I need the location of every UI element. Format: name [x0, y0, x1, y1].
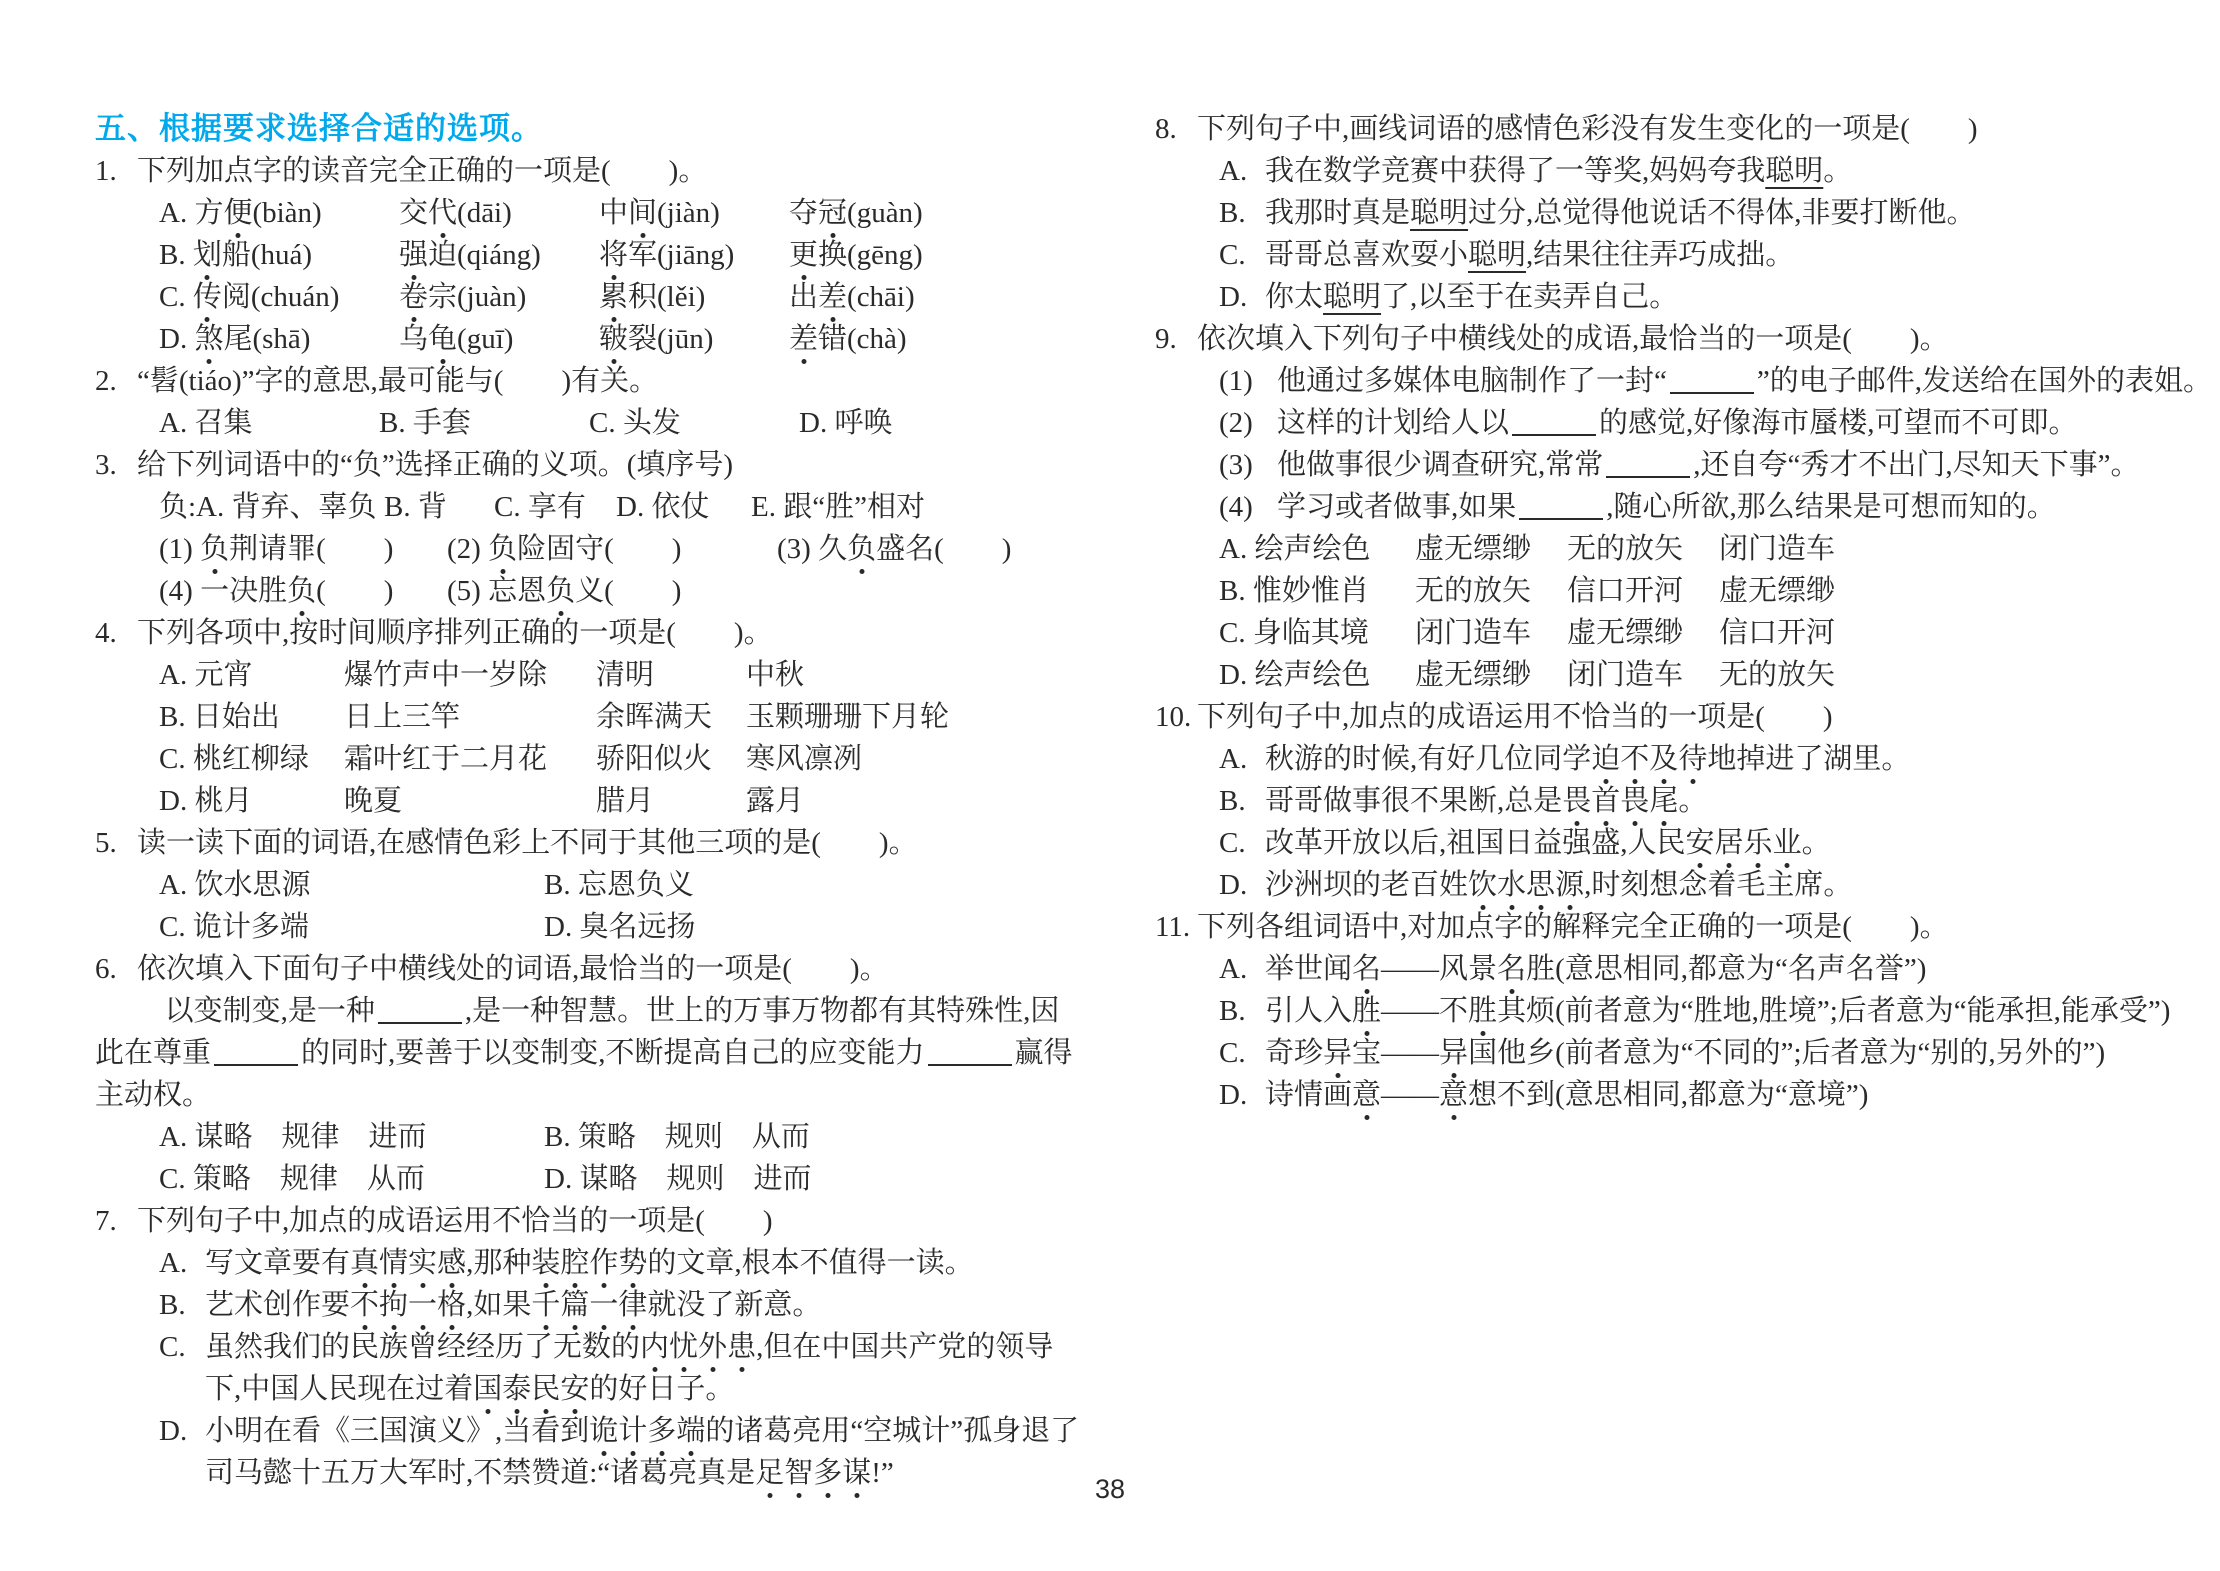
question-9: 9.依次填入下列句子中横线处的成语,最恰当的一项是( )。(1)他通过多媒体电脑… [1155, 318, 2145, 696]
option-label: C. [159, 1326, 205, 1410]
question-body: A.我在数学竞赛中获得了一等奖,妈妈夸我聪明。B.我那时真是聪明过分,总觉得他说… [1219, 150, 2145, 318]
option-items: A.写文章要有真情实感,那种装腔作势的文章,根本不值得一读。B.艺术创作要不拘一… [159, 1242, 1085, 1494]
option-cell: 日上三竿 [344, 696, 596, 738]
options-grid: (1) 负荆请罪( )(2) 负险固守( )(3) 久负盛名( )(4) 一决胜… [159, 528, 1085, 612]
question-body: A. 方便(biàn)交代(dāi)中间(jiàn)夺冠(guàn)B. 划船(… [159, 192, 1085, 360]
option-cell: 清明 [596, 654, 746, 696]
option-label: (1) [1219, 360, 1277, 402]
question-body: A. 元宵爆竹声中一岁除清明中秋B. 日始出日上三竿余晖满天玉颗珊珊下月轮C. … [159, 654, 1085, 822]
option-cell: D. 臭名远扬 [544, 906, 1085, 948]
dotted-char: 内 [640, 1331, 669, 1363]
option-cell: D. 呼唤 [799, 402, 1085, 444]
question-body: A.写文章要有真情实感,那种装腔作势的文章,根本不值得一读。B.艺术创作要不拘一… [159, 1242, 1085, 1494]
dotted-char: 居 [1715, 827, 1744, 859]
question-body: A. 召集B. 手套C. 头发D. 呼唤 [159, 402, 1085, 444]
dotted-char: 忧 [669, 1331, 698, 1363]
options-grid: A. 元宵爆竹声中一岁除清明中秋B. 日始出日上三竿余晖满天玉颗珊珊下月轮C. … [159, 654, 1085, 822]
dotted-char: 作 [589, 1247, 618, 1279]
question-stem: 依次填入下面句子中横线处的词语,最恰当的一项是( )。 [137, 948, 1085, 990]
option-text: 哥哥总喜欢耍小聪明,结果往往弄巧成拙。 [1265, 234, 2145, 276]
question-number: 3. [95, 444, 137, 486]
question-stem: 下列句子中,画线词语的感情色彩没有发生变化的一项是( ) [1197, 108, 2145, 150]
option-item: A.写文章要有真情实感,那种装腔作势的文章,根本不值得一读。 [159, 1242, 1085, 1284]
option-cell: B. 策略 规则 从而 [544, 1116, 1085, 1158]
option-cell: 信口开河 [1719, 612, 2145, 654]
question-stem-row: 3.给下列词语中的“负”选择正确的义项。(填序号) [95, 444, 1085, 486]
option-cell: A. 饮水思源 [159, 864, 544, 906]
question-stem: 下列句子中,加点的成语运用不恰当的一项是( ) [1197, 696, 2145, 738]
dotted-char: 煞 [194, 323, 223, 355]
dotted-char: 龟 [428, 323, 457, 355]
dotted-char: 乐 [1744, 827, 1773, 859]
options-grid: A. 谋略 规律 进而B. 策略 规则 从而C. 策略 规律 从而D. 谋略 规… [159, 1116, 1085, 1200]
option-item: A.我在数学竞赛中获得了一等奖,妈妈夸我聪明。 [1219, 150, 2145, 192]
dotted-char: 畏 [1562, 785, 1591, 817]
dotted-char: 感 [437, 1247, 466, 1279]
question-body: 负:A. 背弃、辜负B. 背C. 享有D. 依仗E. 跟“胜”相对(1) 负荆请… [159, 486, 1085, 612]
dotted-char: 强 [399, 239, 428, 271]
option-cell: 虚无缥缈 [1415, 528, 1567, 570]
option-text: 我在数学竞赛中获得了一等奖,妈妈夸我聪明。 [1265, 150, 2145, 192]
fill-in-blank [1512, 434, 1596, 436]
two-column-layout: 五、根据要求选择合适的选项。 1.下列加点字的读音完全正确的一项是( )。A. … [95, 108, 2145, 1494]
dotted-char: 将 [599, 239, 628, 271]
option-cell: 虚无缥缈 [1719, 570, 2145, 612]
option-cell: E. 跟“胜”相对 [751, 486, 1085, 528]
option-label: (4) [1219, 486, 1277, 528]
option-cell: 虚无缥缈 [1567, 612, 1719, 654]
option-cell: B. 忘恩负义 [544, 864, 1085, 906]
option-label: D. [1219, 276, 1265, 318]
dotted-char: 格 [437, 1289, 466, 1321]
question-body: A. 饮水思源B. 忘恩负义C. 诡计多端D. 臭名远扬 [159, 864, 1085, 948]
option-text: 他通过多媒体电脑制作了一封“”的电子邮件,发送给在国外的表姐。 [1277, 360, 2212, 402]
option-cell: 无的放矢 [1415, 570, 1567, 612]
option-cell: 闭门造车 [1567, 654, 1719, 696]
dotted-char: 差 [818, 281, 847, 313]
fill-in-blank [928, 1064, 1012, 1066]
dotted-char: 名 [1352, 953, 1381, 985]
option-text: 你太聪明了,以至于在卖弄自己。 [1265, 276, 2145, 318]
question-7: 7.下列句子中,加点的成语运用不恰当的一项是( )A.写文章要有真情实感,那种装… [95, 1200, 1085, 1494]
option-text: 学习或者做事,如果,随心所欲,那么结果是可想而知的。 [1277, 486, 2145, 528]
option-item: C.虽然我们的民族曾经经历了无数的内忧外患,但在中国共产党的领导下,中国人民现在… [159, 1326, 1085, 1410]
option-text: 我那时真是聪明过分,总觉得他说话不得体,非要打断他。 [1265, 192, 2145, 234]
dotted-char: 情 [379, 1247, 408, 1279]
question-stem-row: 7.下列句子中,加点的成语运用不恰当的一项是( ) [95, 1200, 1085, 1242]
question-number: 1. [95, 150, 137, 192]
dotted-char: 一 [589, 1289, 618, 1321]
option-label: A. [1219, 150, 1265, 192]
option-item: A.秋游的时候,有好几位同学迫不及待地掉进了湖里。 [1219, 738, 2145, 780]
options-grid: A. 饮水思源B. 忘恩负义C. 诡计多端D. 臭名远扬 [159, 864, 1085, 948]
option-cell: 晚夏 [344, 780, 596, 822]
option-cell: B. 惟妙惟肖 [1219, 570, 1415, 612]
options-grid: A. 方便(biàn)交代(dāi)中间(jiàn)夺冠(guàn)B. 划船(… [159, 192, 1085, 360]
option-cell: C. 头发 [589, 402, 799, 444]
option-item: (3)他做事很少调查研究,常常,还自夸“秀才不出门,尽知天下事”。 [1219, 444, 2145, 486]
question-stem-row: 6.依次填入下面句子中横线处的词语,最恰当的一项是( )。 [95, 948, 1085, 990]
question-stem-row: 8.下列句子中,画线词语的感情色彩没有发生变化的一项是( ) [1155, 108, 2145, 150]
option-cell: 出差(chāi) [789, 276, 1085, 318]
dotted-char: 冠 [818, 197, 847, 229]
option-label: C. [1219, 234, 1265, 276]
question-stem-row: 4.下列各项中,按时间顺序排列正确的一项是( )。 [95, 612, 1085, 654]
option-cell: (2) 负险固守( ) [447, 528, 777, 570]
option-cell: D. 谋略 规则 进而 [544, 1158, 1085, 1200]
dotted-char: 意 [1439, 1079, 1468, 1111]
dotted-char: 水 [1497, 869, 1526, 901]
option-item: C.哥哥总喜欢耍小聪明,结果往往弄巧成拙。 [1219, 234, 2145, 276]
option-cell: A. 方便(biàn) [159, 192, 399, 234]
underlined-word: 聪明 [1468, 239, 1526, 271]
option-cell: B. 背 [384, 486, 494, 528]
option-cell: D. 绘声绘色 [1219, 654, 1415, 696]
option-cell: 中秋 [746, 654, 1085, 696]
option-item: B.艺术创作要不拘一格,如果千篇一律就没了新意。 [159, 1284, 1085, 1326]
option-items: (1)他通过多媒体电脑制作了一封“”的电子邮件,发送给在国外的表姐。(2)这样的… [1219, 360, 2145, 528]
option-cell: 爆竹声中一岁除 [344, 654, 596, 696]
fill-in-blank [1606, 476, 1690, 478]
question-number: 11. [1155, 906, 1197, 948]
option-cell: C. 身临其境 [1219, 612, 1415, 654]
question-paragraph: 以变制变,是一种,是一种智慧。世上的万事万物都有其特殊性,因此在尊重的同时,要善… [95, 990, 1085, 1116]
dotted-char: 源 [1555, 869, 1584, 901]
option-cell: A. 绘声绘色 [1219, 528, 1415, 570]
dotted-char: 患 [727, 1331, 756, 1363]
dotted-char: 负 [200, 533, 229, 565]
option-cell: B. 划船(huá) [159, 234, 399, 276]
option-item: (4)学习或者做事,如果,随心所欲,那么结果是可想而知的。 [1219, 486, 2145, 528]
question-number: 6. [95, 948, 137, 990]
option-cell: B. 手套 [379, 402, 589, 444]
dotted-char: 势 [618, 1247, 647, 1279]
option-label: A. [159, 1242, 205, 1284]
dotted-char: 泰 [502, 1373, 531, 1405]
option-cell: D. 依仗 [616, 486, 751, 528]
option-item: C.奇珍异宝——异国他乡(前者意为“不同的”;后者意为“别的,另外的”) [1219, 1032, 2145, 1074]
left-column: 五、根据要求选择合适的选项。 1.下列加点字的读音完全正确的一项是( )。A. … [95, 108, 1085, 1494]
option-label: B. [1219, 780, 1265, 822]
option-cell: 露月 [746, 780, 1085, 822]
option-text: 虽然我们的民族曾经经历了无数的内忧外患,但在中国共产党的领导下,中国人民现在过着… [205, 1326, 1085, 1410]
option-cell: 虚无缥缈 [1415, 654, 1567, 696]
question-body: 以变制变,是一种,是一种智慧。世上的万事万物都有其特殊性,因此在尊重的同时,要善… [159, 990, 1085, 1200]
question-stem: 下列句子中,加点的成语运用不恰当的一项是( ) [137, 1200, 1085, 1242]
dotted-char: 真 [350, 1247, 379, 1279]
option-item: (1)他通过多媒体电脑制作了一封“”的电子邮件,发送给在国外的表姐。 [1219, 360, 2145, 402]
question-number: 7. [95, 1200, 137, 1242]
question-3: 3.给下列词语中的“负”选择正确的义项。(填序号)负:A. 背弃、辜负B. 背C… [95, 444, 1085, 612]
option-text: 秋游的时候,有好几位同学迫不及待地掉进了湖里。 [1265, 738, 2145, 780]
fill-in-blank [214, 1064, 298, 1066]
dotted-char: 传 [193, 281, 222, 313]
option-items: A.我在数学竞赛中获得了一等奖,妈妈夸我聪明。B.我那时真是聪明过分,总觉得他说… [1219, 150, 2145, 318]
dotted-char: 首 [1591, 785, 1620, 817]
option-cell [777, 570, 1085, 612]
option-text: 他做事很少调查研究,常常,还自夸“秀才不出门,尽知天下事”。 [1277, 444, 2145, 486]
question-stem: 下列各组词语中,对加点字的解释完全正确的一项是( )。 [1197, 906, 2145, 948]
dotted-char: 业 [1773, 827, 1802, 859]
question-stem: 下列各项中,按时间顺序排列正确的一项是( )。 [137, 612, 1085, 654]
question-stem-row: 1.下列加点字的读音完全正确的一项是( )。 [95, 150, 1085, 192]
option-cell: D. 煞尾(shā) [159, 318, 399, 360]
option-label: A. [1219, 948, 1265, 990]
option-label: A. [1219, 738, 1265, 780]
dotted-char: 腔 [560, 1247, 589, 1279]
option-cell: B. 日始出 [159, 696, 344, 738]
option-label: B. [159, 1284, 205, 1326]
option-cell: C. 享有 [494, 486, 616, 528]
question-5: 5.读一读下面的词语,在感情色彩上不同于其他三项的是( )。A. 饮水思源B. … [95, 822, 1085, 948]
dotted-char: 思 [1526, 869, 1555, 901]
option-cell: 差错(chà) [789, 318, 1085, 360]
option-item: B.我那时真是聪明过分,总觉得他说话不得体,非要打断他。 [1219, 192, 2145, 234]
question-number: 9. [1155, 318, 1197, 360]
dotted-char: 安 [1686, 827, 1715, 859]
option-label: C. [1219, 822, 1265, 864]
dotted-char: 计 [618, 1415, 647, 1447]
option-cell: (4) 一决胜负( ) [159, 570, 447, 612]
dotted-char: 名 [1497, 953, 1526, 985]
option-cell: C. 诡计多端 [159, 906, 544, 948]
question-stem-row: 10.下列句子中,加点的成语运用不恰当的一项是( ) [1155, 696, 2145, 738]
dotted-char: 待 [1678, 743, 1707, 775]
question-number: 8. [1155, 108, 1197, 150]
option-item: A.举世闻名——风景名胜(意思相同,都意为“名声名誉”) [1219, 948, 2145, 990]
option-items: A.举世闻名——风景名胜(意思相同,都意为“名声名誉”)B.引人入胜——不胜其烦… [1219, 948, 2145, 1116]
options-grid: A. 绘声绘色虚无缥缈无的放矢闭门造车B. 惟妙惟肖无的放矢信口开河虚无缥缈C.… [1219, 528, 2145, 696]
right-column: 8.下列句子中,画线词语的感情色彩没有发生变化的一项是( )A.我在数学竞赛中获… [1155, 108, 2145, 1494]
dotted-char: 便 [223, 197, 252, 229]
option-cell: 寒风凛冽 [746, 738, 1085, 780]
option-cell: A. 召集 [159, 402, 379, 444]
option-cell: 强迫(qiáng) [399, 234, 599, 276]
question-stem-row: 9.依次填入下列句子中横线处的成语,最恰当的一项是( )。 [1155, 318, 2145, 360]
dotted-char: 诡 [589, 1415, 618, 1447]
option-cell: 中间(jiàn) [599, 192, 789, 234]
question-stem-row: 2.“髫(tiáo)”字的意思,最可能与( )有关。 [95, 360, 1085, 402]
dotted-char: 拘 [379, 1289, 408, 1321]
question-list-left: 1.下列加点字的读音完全正确的一项是( )。A. 方便(biàn)交代(dāi)… [95, 150, 1085, 1494]
fill-in-blank [1519, 518, 1603, 520]
question-number: 5. [95, 822, 137, 864]
option-label: (3) [1219, 444, 1277, 486]
option-item: B.引人入胜——不胜其烦(前者意为“胜地,胜境”;后者意为“能承担,能承受”) [1219, 990, 2145, 1032]
dotted-char: 更 [789, 239, 818, 271]
option-cell: 更换(gēng) [789, 234, 1085, 276]
option-label: D. [1219, 1074, 1265, 1116]
option-item: D.你太聪明了,以至于在卖弄自己。 [1219, 276, 2145, 318]
option-cell: 信口开河 [1567, 570, 1719, 612]
dotted-char: 篇 [560, 1289, 589, 1321]
option-cell: 累积(lěi) [599, 276, 789, 318]
option-cell: 玉颗珊珊下月轮 [746, 696, 1085, 738]
option-cell: 骄阳似火 [596, 738, 746, 780]
option-cell: (3) 久负盛名( ) [777, 528, 1085, 570]
option-cell: 夺冠(guàn) [789, 192, 1085, 234]
dotted-char: 端 [676, 1415, 705, 1447]
option-item: B.哥哥做事很不果断,总是畏首畏尾。 [1219, 780, 2145, 822]
option-cell: 无的放矢 [1567, 528, 1719, 570]
dotted-char: 意 [1352, 1079, 1381, 1111]
dotted-char: 千 [531, 1289, 560, 1321]
dotted-char: 迫 [1591, 743, 1620, 775]
dotted-char: 多 [647, 1415, 676, 1447]
option-cell: 负:A. 背弃、辜负 [159, 486, 384, 528]
option-cell: C. 策略 规律 从而 [159, 1158, 544, 1200]
dotted-char: 异 [1439, 1037, 1468, 1069]
dotted-char: 代 [428, 197, 457, 229]
option-cell: 闭门造车 [1415, 612, 1567, 654]
page-number: 38 [0, 1474, 2220, 1505]
dotted-char: 尾 [1649, 785, 1678, 817]
dotted-char: 负 [488, 533, 517, 565]
option-cell: A. 谋略 规律 进而 [159, 1116, 544, 1158]
dotted-char: 及 [1649, 743, 1678, 775]
option-text: 举世闻名——风景名胜(意思相同,都意为“名声名誉”) [1265, 948, 2145, 990]
option-text: 艺术创作要不拘一格,如果千篇一律就没了新意。 [205, 1284, 1085, 1326]
dotted-char: 饮 [1468, 869, 1497, 901]
option-item: C.改革开放以后,祖国日益强盛,人民安居乐业。 [1219, 822, 2145, 864]
underlined-word: 聪明 [1410, 197, 1468, 229]
worksheet-page: 五、根据要求选择合适的选项。 1.下列加点字的读音完全正确的一项是( )。A. … [0, 0, 2220, 1571]
option-text: 写文章要有真情实感,那种装腔作势的文章,根本不值得一读。 [205, 1242, 1085, 1284]
question-1: 1.下列加点字的读音完全正确的一项是( )。A. 方便(biàn)交代(dāi)… [95, 150, 1085, 360]
question-4: 4.下列各项中,按时间顺序排列正确的一项是( )。A. 元宵爆竹声中一岁除清明中… [95, 612, 1085, 822]
option-cell: D. 桃月 [159, 780, 344, 822]
option-text: 沙洲坝的老百姓饮水思源,时刻想念着毛主席。 [1265, 864, 2145, 906]
options-grid: 负:A. 背弃、辜负B. 背C. 享有D. 依仗E. 跟“胜”相对 [159, 486, 1085, 528]
dotted-char: 国 [473, 1373, 502, 1405]
option-cell: (5) 忘恩负义( ) [447, 570, 777, 612]
dotted-char: 累 [599, 281, 628, 313]
dotted-char: 异 [1323, 1037, 1352, 1069]
underlined-word: 聪明 [1765, 155, 1823, 187]
dotted-char: 卷 [399, 281, 428, 313]
option-item: D.沙洲坝的老百姓饮水思源,时刻想念着毛主席。 [1219, 864, 2145, 906]
option-items: A.秋游的时候,有好几位同学迫不及待地掉进了湖里。B.哥哥做事很不果断,总是畏首… [1219, 738, 2145, 906]
dotted-char: 间 [628, 197, 657, 229]
option-cell: 将军(jiāng) [599, 234, 789, 276]
question-list-right: 8.下列句子中,画线词语的感情色彩没有发生变化的一项是( )A.我在数学竞赛中获… [1155, 108, 2145, 1116]
question-stem: 读一读下面的词语,在感情色彩上不同于其他三项的是( )。 [137, 822, 1085, 864]
option-cell: (1) 负荆请罪( ) [159, 528, 447, 570]
dotted-char: 差 [789, 323, 818, 355]
question-6: 6.依次填入下面句子中横线处的词语,最恰当的一项是( )。以变制变,是一种,是一… [95, 948, 1085, 1200]
option-label: D. [1219, 864, 1265, 906]
option-cell: 无的放矢 [1719, 654, 2145, 696]
fill-in-blank [1670, 392, 1754, 394]
question-stem: “髫(tiáo)”字的意思,最可能与( )有关。 [137, 360, 1085, 402]
dotted-char: 畏 [1620, 785, 1649, 817]
question-body: A.举世闻名——风景名胜(意思相同,都意为“名声名誉”)B.引人入胜——不胜其烦… [1219, 948, 2145, 1116]
section-title: 五、根据要求选择合适的选项。 [95, 108, 1085, 150]
option-text: 这样的计划给人以的感觉,好像海市蜃楼,可望而不可即。 [1277, 402, 2145, 444]
question-11: 11.下列各组词语中,对加点字的解释完全正确的一项是( )。A.举世闻名——风景… [1155, 906, 2145, 1116]
dotted-char: 一 [408, 1289, 437, 1321]
question-stem-row: 11.下列各组词语中,对加点字的解释完全正确的一项是( )。 [1155, 906, 2145, 948]
question-number: 2. [95, 360, 137, 402]
option-text: 奇珍异宝——异国他乡(前者意为“不同的”;后者意为“别的,另外的”) [1265, 1032, 2145, 1074]
question-10: 10.下列句子中,加点的成语运用不恰当的一项是( )A.秋游的时候,有好几位同学… [1155, 696, 2145, 906]
option-cell: 卷宗(juàn) [399, 276, 599, 318]
option-label: C. [1219, 1032, 1265, 1074]
dotted-char: 不 [1620, 743, 1649, 775]
option-cell: 闭门造车 [1719, 528, 2145, 570]
question-body: (1)他通过多媒体电脑制作了一封“”的电子邮件,发送给在国外的表姐。(2)这样的… [1219, 360, 2145, 696]
dotted-char: 不 [350, 1289, 379, 1321]
dotted-char: 胜 [1352, 995, 1381, 1027]
dotted-char: 外 [698, 1331, 727, 1363]
question-stem: 给下列词语中的“负”选择正确的义项。(填序号) [137, 444, 1085, 486]
option-text: 诗情画意——意想不到(意思相同,都意为“意境”) [1265, 1074, 2145, 1116]
fill-in-blank [378, 1022, 462, 1024]
option-cell: A. 元宵 [159, 654, 344, 696]
option-cell: 皲裂(jūn) [599, 318, 789, 360]
question-stem-row: 5.读一读下面的词语,在感情色彩上不同于其他三项的是( )。 [95, 822, 1085, 864]
question-number: 10. [1155, 696, 1197, 738]
options-grid: A. 召集B. 手套C. 头发D. 呼唤 [159, 402, 1085, 444]
dotted-char: 胜 [1468, 995, 1497, 1027]
dotted-char: 安 [560, 1373, 589, 1405]
question-number: 4. [95, 612, 137, 654]
option-cell: 霜叶红于二月花 [344, 738, 596, 780]
option-cell: 乌龟(guī) [399, 318, 599, 360]
dotted-char: 负 [287, 575, 316, 607]
option-item: D.诗情画意——意想不到(意思相同,都意为“意境”) [1219, 1074, 2145, 1116]
dotted-char: 律 [618, 1289, 647, 1321]
option-cell: C. 传阅(chuán) [159, 276, 399, 318]
dotted-char: 划 [193, 239, 222, 271]
option-label: B. [1219, 192, 1265, 234]
option-text: 引人入胜——不胜其烦(前者意为“胜地,胜境”;后者意为“能承担,能承受”) [1265, 990, 2170, 1032]
question-stem: 依次填入下列句子中横线处的成语,最恰当的一项是( )。 [1197, 318, 2145, 360]
dotted-char: 实 [408, 1247, 437, 1279]
option-label: (2) [1219, 402, 1277, 444]
dotted-char: 负 [847, 533, 876, 565]
option-text: 哥哥做事很不果断,总是畏首畏尾。 [1265, 780, 2145, 822]
dotted-char: 装 [531, 1247, 560, 1279]
option-text: 改革开放以后,祖国日益强盛,人民安居乐业。 [1265, 822, 2145, 864]
option-label: B. [1219, 990, 1265, 1032]
dotted-char: 民 [531, 1373, 560, 1405]
question-2: 2.“髫(tiáo)”字的意思,最可能与( )有关。A. 召集B. 手套C. 头… [95, 360, 1085, 444]
underlined-word: 聪明 [1323, 281, 1381, 313]
option-cell: 余晖满天 [596, 696, 746, 738]
option-cell: 交代(dāi) [399, 192, 599, 234]
option-cell: 腊月 [596, 780, 746, 822]
question-8: 8.下列句子中,画线词语的感情色彩没有发生变化的一项是( )A.我在数学竞赛中获… [1155, 108, 2145, 318]
option-item: (2)这样的计划给人以的感觉,好像海市蜃楼,可望而不可即。 [1219, 402, 2145, 444]
question-body: A.秋游的时候,有好几位同学迫不及待地掉进了湖里。B.哥哥做事很不果断,总是畏首… [1219, 738, 2145, 906]
question-stem: 下列加点字的读音完全正确的一项是( )。 [137, 150, 1085, 192]
dotted-char: 皲 [599, 323, 628, 355]
option-cell: C. 桃红柳绿 [159, 738, 344, 780]
dotted-char: 负 [546, 575, 575, 607]
